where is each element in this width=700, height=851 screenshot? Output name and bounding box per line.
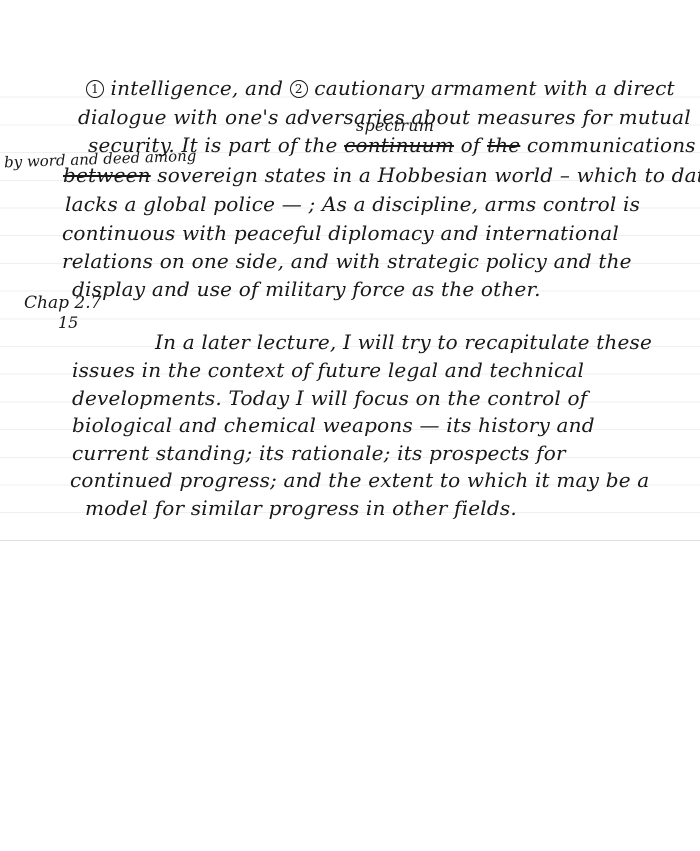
handwritten-text: relations on one side, and with strategi… [62, 249, 632, 273]
handwritten-line: lacks a global police — ; As a disciplin… [65, 192, 640, 216]
handwritten-text: current standing; its rationale; its pro… [72, 441, 566, 465]
handwritten-text: developments. Today I will focus on the … [72, 386, 587, 410]
handwritten-line: In a later lecture, I will try to recapi… [155, 330, 652, 354]
margin-note-page-number: 15 [58, 313, 78, 332]
strikethrough-word: continuum [344, 133, 454, 157]
handwritten-text: of [454, 133, 487, 157]
handwritten-text: In a later lecture, I will try to recapi… [155, 330, 652, 354]
handwritten-text: model for similar progress in other fiel… [85, 496, 517, 520]
handwritten-line: 1 intelligence, and 2 cautionary armamen… [86, 76, 675, 100]
strikethrough-word: between [63, 163, 151, 187]
handwritten-text: display and use of military force as the… [72, 277, 541, 301]
handwritten-line: current standing; its rationale; its pro… [72, 441, 566, 465]
handwritten-text: cautionary armament with a direct [308, 76, 675, 100]
scan-artifact-line [0, 540, 700, 541]
circled-number: 2 [290, 80, 308, 98]
handwritten-line: biological and chemical weapons — its hi… [72, 413, 595, 437]
handwritten-line: display and use of military force as the… [72, 277, 541, 301]
strikethrough-word: the [487, 133, 520, 157]
handwritten-text: intelligence, and [104, 76, 290, 100]
handwritten-text: biological and chemical weapons — its hi… [72, 413, 595, 437]
handwritten-line: relations on one side, and with strategi… [62, 249, 632, 273]
inserted-word: spectrum [356, 116, 434, 135]
circled-number: 1 [86, 80, 104, 98]
handwritten-text: lacks a global police — ; As a disciplin… [65, 192, 640, 216]
handwritten-text: issues in the context of future legal an… [72, 358, 584, 382]
handwritten-text: communications [520, 133, 695, 157]
handwritten-line: issues in the context of future legal an… [72, 358, 584, 382]
manuscript-page: by word and deed among Chap 2.7 15 1 int… [0, 0, 700, 851]
handwritten-line: model for similar progress in other fiel… [85, 496, 517, 520]
correction-group: spectrumcontinuum [344, 133, 454, 157]
handwritten-text: sovereign states in a Hobbesian world – … [151, 163, 700, 187]
handwritten-text: security. It is part of the [88, 133, 344, 157]
handwritten-line: continued progress; and the extent to wh… [70, 468, 649, 492]
handwritten-line: developments. Today I will focus on the … [72, 386, 587, 410]
handwritten-line: security. It is part of the spectrumcont… [88, 133, 696, 157]
handwritten-text: continued progress; and the extent to wh… [70, 468, 649, 492]
handwritten-line: between sovereign states in a Hobbesian … [63, 163, 700, 187]
handwritten-line: continuous with peaceful diplomacy and i… [62, 221, 619, 245]
handwritten-text: continuous with peaceful diplomacy and i… [62, 221, 619, 245]
